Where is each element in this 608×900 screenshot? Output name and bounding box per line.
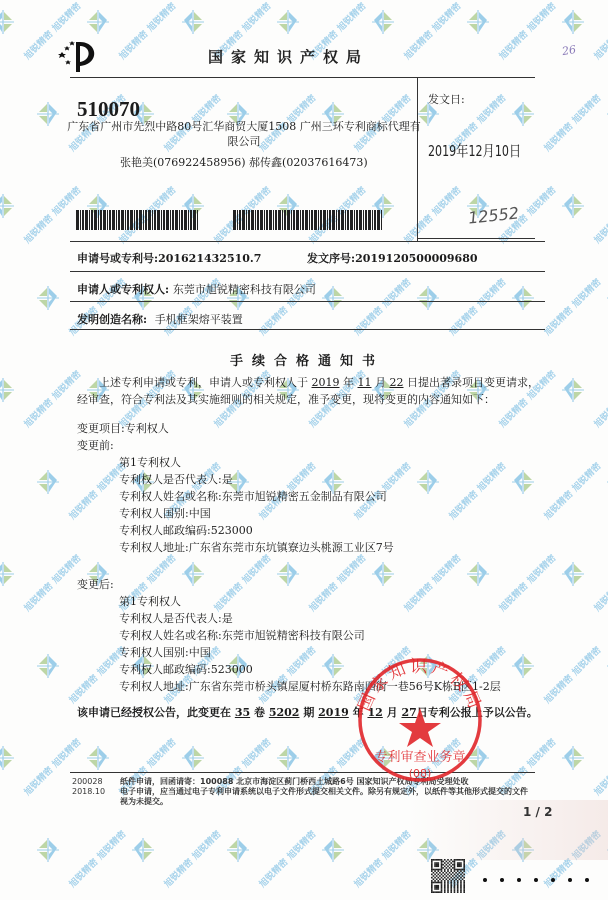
watermark-logo-icon xyxy=(0,560,16,588)
watermark-logo-icon xyxy=(465,8,491,36)
request-year: 2019 xyxy=(312,376,340,389)
watermark-text: 旭锐精密 xyxy=(334,0,369,34)
qr-code-icon xyxy=(431,859,465,893)
change-item: 变更项目:专利权人 xyxy=(77,420,501,437)
watermark-text: 旭锐精密 xyxy=(591,211,608,246)
watermark-logo-icon xyxy=(510,468,536,496)
watermark-text: 旭锐精密 xyxy=(161,855,196,890)
watermark-text: 旭锐精密 xyxy=(66,855,101,890)
watermark-logo-icon xyxy=(370,8,396,36)
official-seal-icon: 国家知识产权局 专利审查业务章 (08) xyxy=(340,650,500,785)
handwritten-number: 12552 xyxy=(467,203,520,227)
notice-title: 手续合格通知书 xyxy=(230,350,384,369)
watermark-logo-icon xyxy=(510,284,536,312)
watermark-text: 旭锐精密 xyxy=(116,27,151,62)
watermark-text: 旭锐精密 xyxy=(21,395,56,430)
applicant: 申请人或专利权人: 东莞市旭锐精密科技有限公司 xyxy=(77,281,316,297)
watermark-text: 旭锐精密 xyxy=(569,643,604,678)
before-item: 专利权人国别:中国 xyxy=(119,505,501,522)
watermark-logo-icon xyxy=(560,744,586,772)
watermark-logo-icon xyxy=(415,284,441,312)
watermark-text: 旭锐精密 xyxy=(256,855,291,890)
field-rule-4 xyxy=(70,329,545,330)
watermark-logo-icon xyxy=(35,652,61,680)
watermark-text: 旭锐精密 xyxy=(524,735,559,770)
watermark-text: 旭锐精密 xyxy=(94,827,129,862)
watermark-logo-icon xyxy=(320,836,346,864)
watermark-text: 旭锐精密 xyxy=(379,275,414,310)
after-item: 第1专利权人 xyxy=(119,593,501,610)
serial-number-value: 2019120500009680 xyxy=(355,252,477,265)
svg-text:国家知识产权局: 国家知识产权局 xyxy=(355,657,486,714)
issue-date-rule xyxy=(417,238,535,239)
watermark-text: 旭锐精密 xyxy=(496,579,531,614)
watermark-logo-icon xyxy=(275,8,301,36)
watermark-logo-icon xyxy=(275,744,301,772)
watermark-text: 旭锐精密 xyxy=(591,763,608,798)
field-rule-2 xyxy=(70,271,545,272)
seal-top-text: 国家知识产权局 xyxy=(355,657,486,714)
barcode-right xyxy=(233,210,385,230)
watermark-logo-icon xyxy=(35,836,61,864)
recipient-contacts: 张艳美(076922458956) 郝传鑫(02037616473) xyxy=(120,154,368,170)
watermark-text: 旭锐精密 xyxy=(189,827,224,862)
after-item: 专利权人姓名或名称:东莞市旭锐精密科技有限公司 xyxy=(119,627,501,644)
before-label: 变更前: xyxy=(77,437,501,454)
watermark-logo-icon xyxy=(35,284,61,312)
footer-line-2: 电子申请，应当通过电子专利申请系统以电子文件形式提交相关文件。除另有规定外，以纸… xyxy=(120,787,530,807)
watermark-text: 旭锐精密 xyxy=(49,0,84,34)
bulletin-issue: 5202 xyxy=(269,706,300,719)
watermark-text: 旭锐精密 xyxy=(541,855,576,890)
issue-label: 期 xyxy=(303,706,314,719)
watermark-logo-icon xyxy=(560,376,586,404)
recipient-address: 广东省广州市先烈中路80号汇华商贸大厦1508 广州三环专利商标代理有限公司 xyxy=(66,119,422,149)
notice-paragraph: 上述专利申请或专利，申请人或专利权人于 2019 年 11 月 22 日提出著录… xyxy=(77,374,547,408)
paper-tint xyxy=(408,800,608,860)
issue-date-label: 发文日: xyxy=(428,91,465,107)
watermark-text: 旭锐精密 xyxy=(239,0,274,34)
application-number-label: 申请号或专利号: xyxy=(77,252,158,265)
watermark-text: 旭锐精密 xyxy=(144,0,179,34)
cnipa-logo-icon xyxy=(58,38,102,74)
watermark-logo-icon xyxy=(180,744,206,772)
watermark-text: 旭锐精密 xyxy=(591,395,608,430)
para-prefix: 上述专利申请或专利，申请人或专利权人于 xyxy=(99,376,308,389)
watermark-text: 旭锐精密 xyxy=(569,275,604,310)
before-item: 专利权人邮政编码:523000 xyxy=(119,522,501,539)
handwritten-mark: 26 xyxy=(561,43,577,58)
watermark-logo-icon xyxy=(130,836,156,864)
before-item: 第1专利权人 xyxy=(119,454,501,471)
watermark-text: 旭锐精密 xyxy=(21,579,56,614)
barcode-left xyxy=(76,210,202,230)
watermark-logo-icon xyxy=(0,192,16,220)
watermark-text: 旭锐精密 xyxy=(144,735,179,770)
before-item: 专利权人是否代表人:是 xyxy=(119,471,501,488)
invention-label: 发明创造名称: xyxy=(77,313,147,326)
form-code-number: 200028 xyxy=(72,777,105,787)
watermark-logo-icon xyxy=(85,744,111,772)
agency-title: 国家知识产权局 xyxy=(208,46,369,67)
watermark-text: 旭锐精密 xyxy=(351,303,386,338)
watermark-text: 旭锐精密 xyxy=(524,183,559,218)
field-rule-3 xyxy=(70,301,545,302)
serial-number-label: 发文序号: xyxy=(307,252,355,265)
application-number-value: 201621432510.7 xyxy=(158,252,261,265)
invention-value: 手机框架熔平装置 xyxy=(155,313,243,326)
watermark-logo-icon xyxy=(320,284,346,312)
watermark-text: 旭锐精密 xyxy=(569,459,604,494)
seal-middle-text: 专利审查业务章 xyxy=(374,749,465,765)
header-rule xyxy=(70,77,535,78)
page-number: 1 / 2 xyxy=(523,805,552,819)
watermark-logo-icon xyxy=(225,836,251,864)
watermark-logo-icon xyxy=(0,744,16,772)
before-item: 专利权人姓名或名称:东莞市旭锐精密五金制品有限公司 xyxy=(119,488,501,505)
serial-number: 发文序号:2019120500009680 xyxy=(307,250,478,266)
form-code-date: 2018.10 xyxy=(72,787,105,797)
applicant-value: 东莞市旭锐精密科技有限公司 xyxy=(173,283,316,296)
watermark-logo-icon xyxy=(0,8,16,36)
watermark-text: 旭锐精密 xyxy=(429,183,464,218)
watermark-text: 旭锐精密 xyxy=(591,579,608,614)
issue-date: 2019年12月10日 xyxy=(428,140,521,161)
field-rule-1 xyxy=(70,241,545,242)
request-day: 22 xyxy=(390,376,404,389)
invention-name: 发明创造名称: 手机框架熔平装置 xyxy=(77,311,243,327)
watermark-text: 旭锐精密 xyxy=(496,27,531,62)
watermark-logo-icon xyxy=(35,468,61,496)
watermark-text: 旭锐精密 xyxy=(256,303,291,338)
form-code: 200028 2018.10 xyxy=(72,777,105,797)
watermark-text: 旭锐精密 xyxy=(429,0,464,34)
applicant-label: 申请人或专利权人: xyxy=(77,283,169,296)
watermark-text: 旭锐精密 xyxy=(541,303,576,338)
watermark-text: 旭锐精密 xyxy=(569,91,604,126)
watermark-text: 旭锐精密 xyxy=(21,27,56,62)
watermark-logo-icon xyxy=(510,652,536,680)
bulletin-prefix: 该申请已经授权公告，此变更在 xyxy=(77,706,231,719)
before-item: 专利权人地址:广东省东莞市东坑镇寮边头桃源工业区7号 xyxy=(119,539,501,556)
watermark-text: 旭锐精密 xyxy=(474,91,509,126)
watermark-logo-icon xyxy=(560,8,586,36)
watermark-logo-icon xyxy=(35,100,61,128)
bulletin-volume: 35 xyxy=(235,706,250,719)
watermark-text: 旭锐精密 xyxy=(541,671,576,706)
watermark-text: 旭锐精密 xyxy=(21,211,56,246)
watermark-text: 旭锐精密 xyxy=(446,303,481,338)
watermark-text: 旭锐精密 xyxy=(591,27,608,62)
watermark-logo-icon xyxy=(560,560,586,588)
watermark-text: 旭锐精密 xyxy=(49,735,84,770)
watermark-logo-icon xyxy=(180,8,206,36)
watermark-text: 旭锐精密 xyxy=(239,735,274,770)
watermark-logo-icon xyxy=(0,376,16,404)
watermark-logo-icon xyxy=(85,8,111,36)
watermark-logo-icon xyxy=(510,100,536,128)
issue-date-divider xyxy=(417,77,418,242)
watermark-text: 旭锐精密 xyxy=(21,763,56,798)
watermark-text: 旭锐精密 xyxy=(541,487,576,522)
vol-label: 卷 xyxy=(254,706,265,719)
watermark-text: 旭锐精密 xyxy=(474,275,509,310)
watermark-text: 旭锐精密 xyxy=(541,119,576,154)
watermark-logo-icon xyxy=(560,192,586,220)
request-month: 11 xyxy=(358,376,372,389)
after-item: 专利权人是否代表人:是 xyxy=(119,610,501,627)
before-list: 第1专利权人专利权人是否代表人:是专利权人姓名或名称:东莞市旭锐精密五金制品有限… xyxy=(77,454,501,556)
application-number: 申请号或专利号:201621432510.7 xyxy=(77,250,261,266)
seal-code: (08) xyxy=(409,767,432,780)
watermark-text: 旭锐精密 xyxy=(351,855,386,890)
after-label: 变更后: xyxy=(77,576,501,593)
watermark-text: 旭锐精密 xyxy=(284,827,319,862)
dot-row xyxy=(483,878,589,882)
watermark-text: 旭锐精密 xyxy=(401,27,436,62)
watermark-text: 旭锐精密 xyxy=(524,551,559,586)
watermark-text: 旭锐精密 xyxy=(524,0,559,34)
